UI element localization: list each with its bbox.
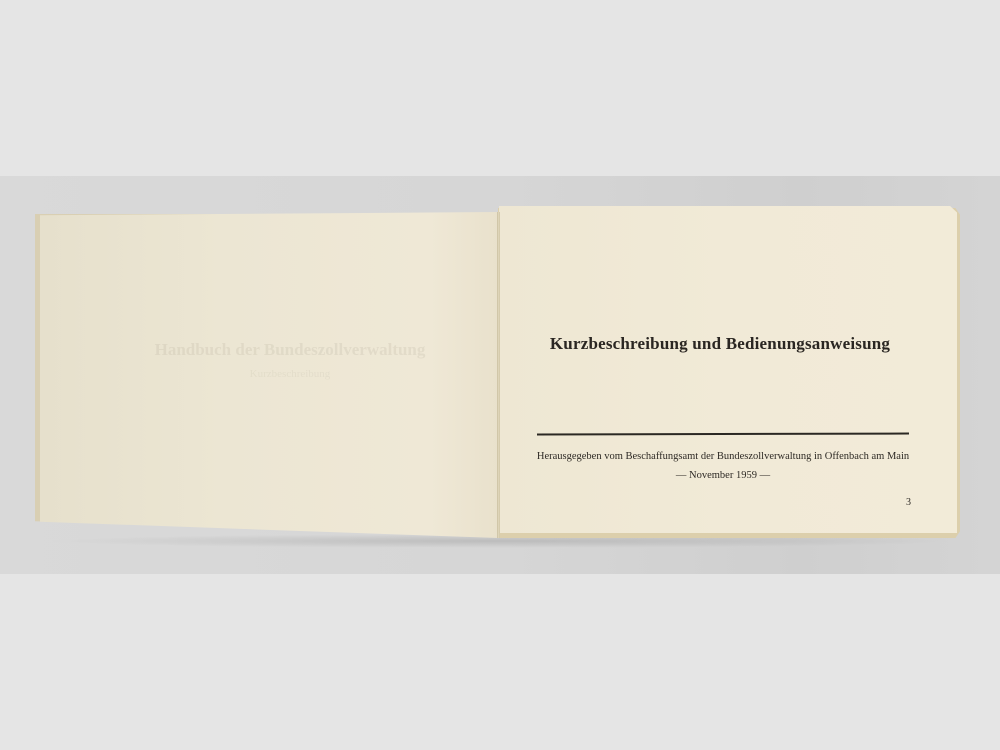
right-page — [499, 206, 957, 533]
publisher-line: Herausgegeben vom Beschaffungsamt der Bu… — [520, 451, 926, 462]
booklet-gutter — [497, 212, 500, 538]
left-page-bleed-through-title: Handbuch der Bundeszollverwaltung — [140, 340, 440, 360]
page-number: 3 — [906, 497, 911, 508]
left-page-bleed-through-subtitle: Kurzbeschreibung — [140, 368, 440, 380]
document-title: Kurzbeschreibung und Bedienungsanweisung — [520, 334, 920, 354]
publication-date: — November 1959 — — [520, 470, 926, 481]
